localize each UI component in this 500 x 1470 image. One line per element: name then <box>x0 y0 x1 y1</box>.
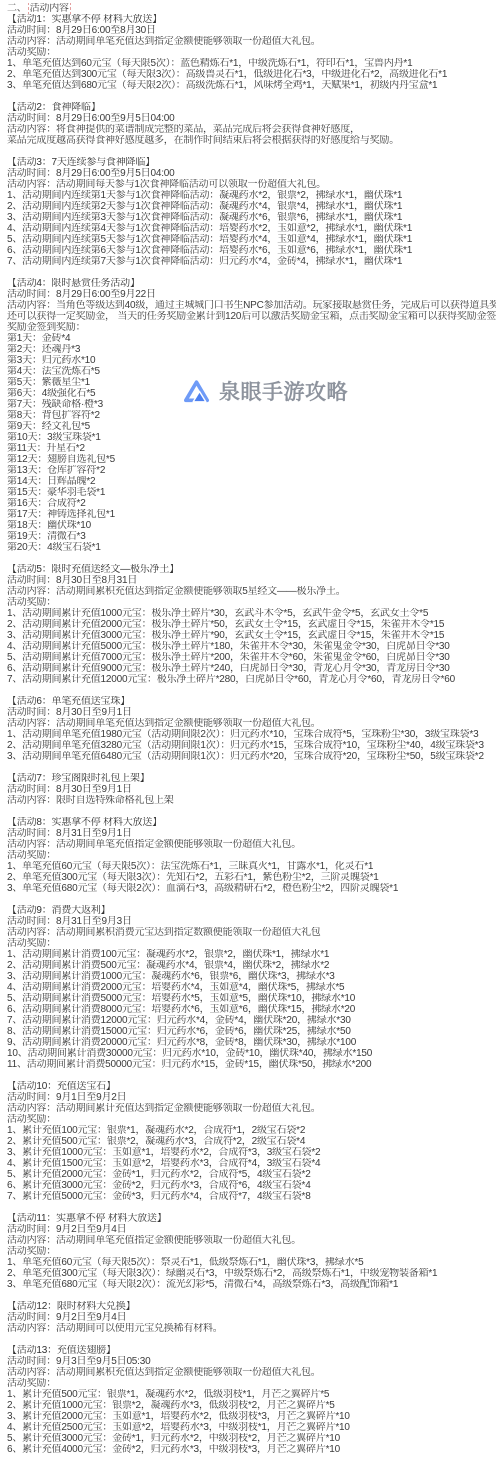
activity-line: 1、活动期间累计充值1000元宝：极乐净土碎片*30，玄武斗木令*5，玄武牛金令… <box>7 608 496 619</box>
activity-line: 5、累计充值3000元宝：金砖*1，归元药水*2，中级羽枝*2，月芒之翼碎片*1… <box>7 1433 496 1444</box>
activity-line: 6、活动期间累计充值9000元宝：极乐净土碎片*240，白虎昴日令*30，青龙心… <box>7 663 496 674</box>
activity-line: 活动内容：活动期间单笔充值达到指定金额便能够领取一份超值大礼包。 <box>7 718 496 729</box>
activity-line: 第5天：紫薇星尘*1 <box>7 377 496 388</box>
activity-line: 活动时间：8月31日至9月1日 <box>7 828 496 839</box>
section-title: 二、活动内容 <box>7 3 496 14</box>
activity-line: 第1天：金砖*4 <box>7 333 496 344</box>
activity-line: 7、活动期间累计充值12000元宝：极乐净土碎片*280，白虎昴日令*60，青龙… <box>7 674 496 685</box>
activity-line: 活动时间：8月29日6:00至9月5日04:00 <box>7 168 496 179</box>
activity-line: 3、累计充值1000元宝：玉如意*1，培婴药水*2，合成符*3，3级宝石袋*2 <box>7 1147 496 1158</box>
activity-line: 活动时间：9月2日至9月4日 <box>7 1224 496 1235</box>
activity-line: 活动内容：限时自选特殊命格礼包上架 <box>7 795 496 806</box>
activity-block: 【活动2：食神降临】活动时间：8月29日6:00至9月5日04:00活动内容：将… <box>7 102 496 146</box>
activity-line: 1、活动期间累计消费100元宝：凝魂药水*2，银票*2，幽伏珠*1，拂绿水*1 <box>7 949 496 960</box>
document-page: 二、活动内容 【活动1：实惠拿不停 材料大放送】活动时间：8月29日6:00至8… <box>0 0 500 1455</box>
activity-line: 第16天：合成符*2 <box>7 498 496 509</box>
activity-block: 【活动3：7天连续参与食神降临】活动时间：8月29日6:00至9月5日04:00… <box>7 157 496 267</box>
activity-line: 11、活动期间累计消费50000元宝：归元药水*15，金砖*15，幽伏珠*50，… <box>7 1059 496 1070</box>
activity-line: 3、活动期间内连续第3天参与1次食神降临活动：凝魂药水*6，银票*6，拂绿水*1… <box>7 212 496 223</box>
activity-line: 活动时间：8月30日至9月1日 <box>7 707 496 718</box>
activity-title: 【活动3：7天连续参与食神降临】 <box>7 157 496 168</box>
activity-line: 第17天：神铸选择礼包*1 <box>7 509 496 520</box>
activity-line: 2、累计充值500元宝：银票*2，凝魂药水*3，合成符*2，2级宝石袋*4 <box>7 1136 496 1147</box>
activity-line: 第7天：残缺命格·橙*3 <box>7 399 496 410</box>
activity-line: 7、活动期间内连续第7天参与1次食神降临活动：归元药水*4，金砖*4，拂绿水*1… <box>7 256 496 267</box>
activity-block: 【活动10：充值送宝石】活动时间：9月1日至9月2日活动内容：活动期间累计充值达… <box>7 1081 496 1202</box>
activity-line: 2、单笔充值300元宝（每天限3次）：先知石*2，五彩石*1，紫色粉尘*2，三阶… <box>7 872 496 883</box>
section-title-highlight: 活动内容 <box>28 3 71 14</box>
activity-line: 2、活动期间累计消费500元宝：凝魂药水*4，银票*4，幽伏珠*2，拂绿水*2 <box>7 960 496 971</box>
activity-title: 【活动11：实惠拿不停 材料大放送】 <box>7 1213 496 1224</box>
activity-line: 第15天：豪华羽毛袋*1 <box>7 487 496 498</box>
activity-line: 活动奖励： <box>7 47 496 58</box>
activity-line: 10、活动期间累计消费30000元宝：归元药水*10，金砖*10，幽伏珠*40，… <box>7 1048 496 1059</box>
activity-title: 【活动7：珍宝阁限时礼包上架】 <box>7 773 496 784</box>
activity-line: 活动内容：将食神提供的菜谱制成完整的菜品，菜品完成后将会获得食神好感度， <box>7 124 496 135</box>
activity-line: 活动内容：活动期间累积充值达到指定金额便能够领取一份超值大礼包。 <box>7 1367 496 1378</box>
activity-line: 第18天：幽伏珠*10 <box>7 520 496 531</box>
activity-line: 还可以获得一定奖励金， 当天的任务奖励金累计到120后可以激活奖励金宝箱，点击奖… <box>7 311 496 322</box>
activity-line: 2、活动期间单笔充值3280元宝（活动期间限1次）：归元药水*15，宝珠合成符*… <box>7 740 496 751</box>
activity-block: 【活动7：珍宝阁限时礼包上架】活动时间：8月30日至9月1日活动内容：限时自选特… <box>7 773 496 806</box>
activity-line: 第10天：3级宝珠袋*1 <box>7 432 496 443</box>
activity-line: 活动时间：9月1日至9月2日 <box>7 1092 496 1103</box>
activity-line: 1、活动期间单笔充值1980元宝（活动期间限2次）：归元药水*10，宝珠合成符*… <box>7 729 496 740</box>
activity-line: 活动时间：9月3日至9月5日05:30 <box>7 1356 496 1367</box>
activity-line: 6、活动期间累计消费8000元宝：培婴药水*6，玉如意*6，幽伏珠*15，拂绿水… <box>7 1004 496 1015</box>
activity-block: 【活动1：实惠拿不停 材料大放送】活动时间：8月29日6:00至8月30日活动内… <box>7 14 496 91</box>
activity-block: 【活动9：消费大返利】活动时间：8月31日至9月3日活动内容：活动期间累积消费元… <box>7 905 496 1070</box>
activity-line: 活动时间：8月31日至9月3日 <box>7 916 496 927</box>
activity-line: 菜品完成度越高获得食神好感度越多，在制作时间结束后将会根据获得的好感度给与奖励。 <box>7 135 496 146</box>
activity-line: 3、活动期间累计消费1000元宝：凝魂药水*6，银票*6，幽伏珠*3，拂绿水*3 <box>7 971 496 982</box>
activity-line: 第11天：升星石*2 <box>7 443 496 454</box>
activity-line: 2、累计充值1000元宝：银票*2，凝魂药水*3，低级羽枝*2，月芒之翼碎片*5 <box>7 1400 496 1411</box>
activity-line: 活动内容：活动期间累计充值达到指定金额便能够领取一份超值大礼包。 <box>7 1103 496 1114</box>
activity-line: 活动内容：活动期间单笔充值指定金额便能够领取一份超值大礼包。 <box>7 1235 496 1246</box>
activity-line: 第9天：经文礼包*5 <box>7 421 496 432</box>
activity-line: 活动内容：活动期间每天参与1次食神降临活动可以领取一份超值大礼包。 <box>7 179 496 190</box>
activity-line: 6、活动期间内连续第6天参与1次食神降临活动：培婴药水*6，玉如意*6，拂绿水*… <box>7 245 496 256</box>
activity-line: 活动时间：8月30日至9月1日 <box>7 784 496 795</box>
activity-block: 【活动6：单笔充值送宝珠】活动时间：8月30日至9月1日活动内容：活动期间单笔充… <box>7 696 496 762</box>
activity-line: 5、活动期间累计充值7000元宝：极乐净土碎片*200，朱雀井木令*60，朱雀鬼… <box>7 652 496 663</box>
activity-title: 【活动8：实惠拿不停 材料大放送】 <box>7 817 496 828</box>
activity-line: 4、活动期间累计消费2000元宝：培婴药水*4，玉如意*4，幽伏珠*5，拂绿水*… <box>7 982 496 993</box>
activity-line: 第13天：仓库扩容符*2 <box>7 465 496 476</box>
activity-line: 7、累计充值5000元宝：金砖*3，归元药水*4，合成符*7，4级宝石袋*8 <box>7 1191 496 1202</box>
activity-title: 【活动1：实惠拿不停 材料大放送】 <box>7 14 496 25</box>
activity-line: 5、累计充值2000元宝：金砖*1，归元药水*2，合成符*5，4级宝石袋*2 <box>7 1169 496 1180</box>
activity-line: 6、累计充值4000元宝：金砖*2，归元药水*3，中级羽枝*3，月芒之翼碎片*1… <box>7 1444 496 1455</box>
activity-line: 活动内容：活动期间累积充值达到指定金额便能够领取5星经文——极乐净土。 <box>7 586 496 597</box>
activity-line: 第4天：法宝洗炼石*5 <box>7 366 496 377</box>
activity-title: 【活动6：单笔充值送宝珠】 <box>7 696 496 707</box>
activity-line: 3、活动期间单笔充值6480元宝（活动期间限1次）：归元药水*20，宝珠合成符*… <box>7 751 496 762</box>
activity-line: 活动奖励： <box>7 938 496 949</box>
activity-line: 3、单笔充值达到680元宝（每天限2次）：高级洗炼石*1，风味烤全鸡*1，天赋果… <box>7 80 496 91</box>
activity-line: 3、单笔充值680元宝（每天限2次）：流光幻彩*5，清微石*4，高级祭炼石*3，… <box>7 1279 496 1290</box>
activity-line: 5、活动期间内连续第5天参与1次食神降临活动：培婴药水*4，玉如意*4，拂绿水*… <box>7 234 496 245</box>
activity-title: 【活动13：充值送翅膀】 <box>7 1345 496 1356</box>
activity-line: 1、累计充值100元宝：银票*1，凝魂药水*2，合成符*1，2级宝石袋*2 <box>7 1125 496 1136</box>
activity-line: 活动奖励： <box>7 597 496 608</box>
activity-block: 【活动8：实惠拿不停 材料大放送】活动时间：8月31日至9月1日活动内容：活动期… <box>7 817 496 894</box>
activity-line: 活动内容：活动期间累积消费元宝达到指定数额便能领取一份超值大礼包 <box>7 927 496 938</box>
activity-line: 第19天：清微石*3 <box>7 531 496 542</box>
activity-line: 5、活动期间累计消费5000元宝：培婴药水*5，玉如意*5，幽伏珠*10，拂绿水… <box>7 993 496 1004</box>
activity-line: 第3天：归元药水*10 <box>7 355 496 366</box>
activity-line: 活动内容：当角色等级达到40级，通过主城城门口书生NPC参加活动。玩家接取悬赏任… <box>7 300 496 311</box>
activity-block: 【活动5：限时充值送经文—极乐净土】活动时间：8月30日至8月31日活动内容：活… <box>7 564 496 685</box>
activity-line: 1、单笔充值60元宝（每天限5次）：法宝洗炼石*1，三昧真火*1，甘露水*1，化… <box>7 861 496 872</box>
activity-block: 【活动11：实惠拿不停 材料大放送】活动时间：9月2日至9月4日活动内容：活动期… <box>7 1213 496 1290</box>
activity-line: 1、单笔充值达到60元宝（每天限5次）：蓝色精炼石*1，中级洗炼石*1，符印石*… <box>7 58 496 69</box>
activity-block: 【活动4：限时悬赏任务活动】活动时间：8月29日6:00至9月22日活动内容：当… <box>7 278 496 553</box>
activity-title: 【活动9：消费大返利】 <box>7 905 496 916</box>
activity-line: 活动奖励： <box>7 1378 496 1389</box>
activity-title: 【活动5：限时充值送经文—极乐净土】 <box>7 564 496 575</box>
activity-line: 活动时间：8月29日6:00至9月5日04:00 <box>7 113 496 124</box>
activity-line: 活动奖励： <box>7 1246 496 1257</box>
activity-block: 【活动13：充值送翅膀】活动时间：9月3日至9月5日05:30活动内容：活动期间… <box>7 1345 496 1455</box>
activity-title: 【活动10：充值送宝石】 <box>7 1081 496 1092</box>
activity-line: 第2天：还魂丹*3 <box>7 344 496 355</box>
activity-line: 4、活动期间累计充值5000元宝：极乐净土碎片*180，朱雀井木令*30，朱雀鬼… <box>7 641 496 652</box>
activity-line: 活动内容：活动期间单笔充值达到指定金额便能够领取一份超值大礼包。 <box>7 36 496 47</box>
activity-line: 4、累计充值2500元宝：玉如意*2，培婴药水*3，中级羽枝*1，月芒之翼碎片*… <box>7 1422 496 1433</box>
activity-block: 【活动12：限时材料大兑换】活动时间：9月2日至9月4日活动内容：活动期间可以使… <box>7 1301 496 1334</box>
activity-line: 2、活动期间累计充值2000元宝：极乐净土碎片*50，玄武女土令*15，玄武虚日… <box>7 619 496 630</box>
activity-line: 第6天：4级强化石*5 <box>7 388 496 399</box>
activity-line: 4、累计充值1500元宝：玉如意*2，培婴药水*3，合成符*4，3级宝石袋*4 <box>7 1158 496 1169</box>
activity-line: 活动时间：8月29日6:00至8月30日 <box>7 25 496 36</box>
activity-line: 活动奖励： <box>7 1114 496 1125</box>
activity-line: 活动时间：8月30日至8月31日 <box>7 575 496 586</box>
activity-line: 第12天：翅膀自选礼包*5 <box>7 454 496 465</box>
activity-line: 活动内容：活动期间单笔充值指定金额便能够领取一份超值大礼包。 <box>7 839 496 850</box>
activity-line: 第8天：背包扩容符*2 <box>7 410 496 421</box>
activity-list: 【活动1：实惠拿不停 材料大放送】活动时间：8月29日6:00至8月30日活动内… <box>7 14 496 1455</box>
activity-line: 第14天：日辉晶魄*2 <box>7 476 496 487</box>
section-title-prefix: 二、 <box>7 3 27 14</box>
activity-title: 【活动4：限时悬赏任务活动】 <box>7 278 496 289</box>
activity-line: 2、单笔充值300元宝（每天限3次）：绿幽灵石*3，中级祭炼石*2，高级祭炼石*… <box>7 1268 496 1279</box>
activity-line: 1、活动期间内连续第1天参与1次食神降临活动：凝魂药水*2，银票*2，拂绿水*1… <box>7 190 496 201</box>
activity-line: 1、单笔充值60元宝（每天限5次）：祭灵石*1，低级祭炼石*1，幽伏珠*3，拂绿… <box>7 1257 496 1268</box>
activity-line: 第20天：4级宝石袋*1 <box>7 542 496 553</box>
activity-line: 活动时间：9月2日至9月4日 <box>7 1312 496 1323</box>
activity-title: 【活动12：限时材料大兑换】 <box>7 1301 496 1312</box>
activity-line: 2、活动期间内连续第2天参与1次食神降临活动：凝魂药水*4，银票*4，拂绿水*1… <box>7 201 496 212</box>
activity-line: 3、活动期间累计充值3000元宝：极乐净土碎片*90，玄武女土令*15，玄武虚日… <box>7 630 496 641</box>
activity-line: 2、单笔充值达到300元宝（每天限3次）：高级兽灵石*1，低级进化石*3，中级进… <box>7 69 496 80</box>
activity-line: 6、累计充值3000元宝：金砖*2，归元药水*3，合成符*6，4级宝石袋*4 <box>7 1180 496 1191</box>
activity-line: 9、活动期间累计消费20000元宝：归元药水*8，金砖*8，幽伏珠*30，拂绿水… <box>7 1037 496 1048</box>
activity-line: 奖励金签到奖励： <box>7 322 496 333</box>
activity-line: 4、活动期间内连续第4天参与1次食神降临活动：培婴药水*2，玉如意*2，拂绿水*… <box>7 223 496 234</box>
activity-line: 8、活动期间累计消费15000元宝：归元药水*6，金砖*6，幽伏珠*25，拂绿水… <box>7 1026 496 1037</box>
activity-line: 3、单笔充值680元宝（每天限2次）：血滴石*3，高级精研石*2，橙色粉尘*2，… <box>7 883 496 894</box>
activity-line: 7、活动期间累计消费12000元宝：归元药水*4，金砖*4，幽伏珠*20，拂绿水… <box>7 1015 496 1026</box>
activity-line: 活动内容：活动期间可以使用元宝兑换稀有材料。 <box>7 1323 496 1334</box>
activity-line: 3、累计充值2000元宝：玉如意*1，培婴药水*2，低级羽枝*3，月芒之翼碎片*… <box>7 1411 496 1422</box>
activity-line: 1、累计充值500元宝：银票*1，凝魂药水*2，低级羽枝*1，月芒之翼碎片*5 <box>7 1389 496 1400</box>
activity-title: 【活动2：食神降临】 <box>7 102 496 113</box>
activity-line: 活动奖励： <box>7 850 496 861</box>
activity-line: 活动时间：8月29日6:00至9月22日 <box>7 289 496 300</box>
